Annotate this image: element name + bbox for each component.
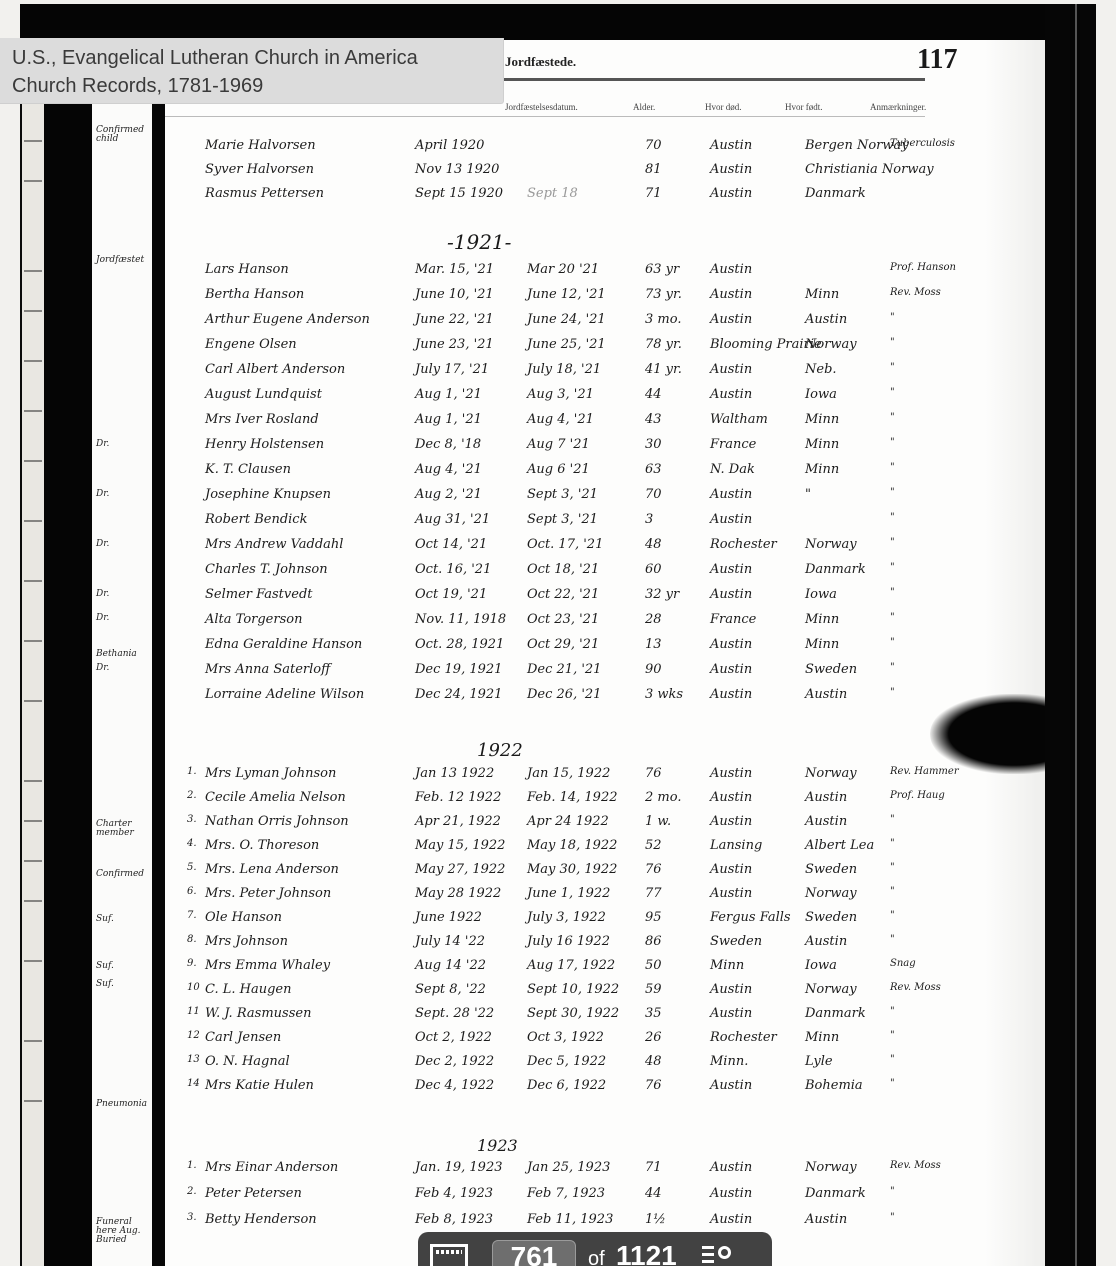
record-row: 2.Peter PetersenFeb 4, 1923Feb 7, 192344… — [165, 1184, 985, 1206]
margin-note: Suf. — [96, 980, 152, 989]
adjacent-page-strip — [22, 100, 44, 1266]
record-row: 14Mrs Katie HulenDec 4, 1922Dec 6, 19227… — [165, 1076, 985, 1098]
record-row: Engene OlsenJune 23, '21June 25, '2178 y… — [165, 335, 985, 357]
column-header: Alder. — [633, 102, 655, 112]
record-row: Josephine KnupsenAug 2, '21Sept 3, '2170… — [165, 485, 985, 507]
record-row: 4.Mrs. O. ThoresonMay 15, 1922May 18, 19… — [165, 836, 985, 858]
book-binding — [44, 4, 92, 1266]
total-pages: 1121 — [616, 1240, 677, 1266]
record-row: 12Carl JensenOct 2, 1922Oct 3, 192226Roc… — [165, 1028, 985, 1050]
record-row: Edna Geraldine HansonOct. 28, 1921Oct 29… — [165, 635, 985, 657]
record-row: Mrs Andrew VaddahlOct 14, '21Oct. 17, '2… — [165, 535, 985, 557]
record-row: Lars HansonMar. 15, '21Mar 20 '2163 yrAu… — [165, 260, 985, 282]
margin-note: Suf. — [96, 915, 152, 924]
record-row: Bertha HansonJune 10, '21June 12, '2173 … — [165, 285, 985, 307]
record-row: K. T. ClausenAug 4, '21Aug 6 '2163N. Dak… — [165, 460, 985, 482]
margin-note: Pneumonia — [96, 1100, 152, 1109]
record-row: 3.Nathan Orris JohnsonApr 21, 1922Apr 24… — [165, 812, 985, 834]
record-row: 9.Mrs Emma WhaleyAug 14 '22Aug 17, 19225… — [165, 956, 985, 978]
year-heading: 1922 — [477, 740, 523, 761]
page-number: 117 — [917, 44, 957, 76]
record-row: 2.Cecile Amelia NelsonFeb. 12 1922Feb. 1… — [165, 788, 985, 810]
margin-note: Dr. — [96, 540, 152, 549]
margin-note: Dr. — [96, 590, 152, 599]
column-header: Anmærkninger. — [870, 102, 926, 112]
page-of-label: of — [588, 1248, 605, 1266]
record-row: Syver HalvorsenNov 13 192081AustinChrist… — [165, 160, 985, 182]
record-image[interactable]: Confirmed child Jordfæstet Dr. Dr. Dr. D… — [20, 4, 1096, 1266]
column-header: Hvor død. — [705, 102, 742, 112]
record-row: 11W. J. RasmussenSept. 28 '22Sept 30, 19… — [165, 1004, 985, 1026]
record-row: Arthur Eugene AndersonJune 22, '21June 2… — [165, 310, 985, 332]
record-row: Marie HalvorsenApril 192070AustinBergen … — [165, 136, 985, 158]
margin-note: Confirmed child — [96, 126, 152, 144]
record-row: Henry HolstensenDec 8, '18Aug 7 '2130Fra… — [165, 435, 985, 457]
record-row: 1.Mrs Einar AndersonJan. 19, 1923Jan 25,… — [165, 1158, 985, 1180]
margin-note: Jordfæstet — [96, 256, 152, 265]
record-row: 10C. L. HaugenSept 8, '22Sept 10, 192259… — [165, 980, 985, 1002]
record-row: 5.Mrs. Lena AndersonMay 27, 1922May 30, … — [165, 860, 985, 882]
register-page: Jordfæstede. 117 Jordfæstelsesdatum. Ald… — [165, 40, 1045, 1266]
margin-note: Dr. — [96, 664, 152, 673]
page-navigation-toolbar: of 1121 — [418, 1232, 772, 1266]
margin-note: Bethania — [96, 650, 152, 659]
record-row: Charles T. JohnsonOct. 16, '21Oct 18, '2… — [165, 560, 985, 582]
year-heading: 1923 — [477, 1136, 518, 1155]
year-heading: -1921- — [447, 230, 511, 254]
collection-title-overlay: U.S., Evangelical Lutheran Church in Ame… — [0, 38, 504, 104]
margin-note: Funeral here Aug. Buried — [96, 1218, 152, 1245]
record-row: Lorraine Adeline WilsonDec 24, 1921Dec 2… — [165, 685, 985, 707]
index-list-icon[interactable] — [702, 1240, 736, 1266]
margin-note: Charter member — [96, 820, 152, 838]
margin-column: Confirmed child Jordfæstet Dr. Dr. Dr. D… — [92, 100, 152, 1266]
scan-right-frame — [1045, 4, 1096, 1266]
margin-rule — [152, 94, 165, 1266]
collection-title-line2: Church Records, 1781-1969 — [12, 72, 491, 100]
record-row: Mrs Iver RoslandAug 1, '21Aug 4, '2143Wa… — [165, 410, 985, 432]
filmstrip-icon[interactable] — [430, 1244, 468, 1266]
margin-note: Confirmed — [96, 870, 152, 879]
page-header: Jordfæstede. — [505, 54, 576, 70]
record-row: Rasmus PettersenSept 15 1920Sept 1871Aus… — [165, 184, 985, 206]
collection-title-line1: U.S., Evangelical Lutheran Church in Ame… — [12, 44, 491, 72]
margin-note: Dr. — [96, 440, 152, 449]
margin-note: Suf. — [96, 962, 152, 971]
margin-note: Dr. — [96, 614, 152, 623]
record-row: Carl Albert AndersonJuly 17, '21July 18,… — [165, 360, 985, 382]
record-row: 1.Mrs Lyman JohnsonJan 13 1922Jan 15, 19… — [165, 764, 985, 786]
image-viewer: Confirmed child Jordfæstet Dr. Dr. Dr. D… — [0, 0, 1116, 1266]
record-row: August LundquistAug 1, '21Aug 3, '2144Au… — [165, 385, 985, 407]
record-row: 13O. N. HagnalDec 2, 1922Dec 5, 192248Mi… — [165, 1052, 985, 1074]
record-row: Robert BendickAug 31, '21Sept 3, '213Aus… — [165, 510, 985, 532]
record-row: 7.Ole HansonJune 1922July 3, 192295Fergu… — [165, 908, 985, 930]
margin-note: Dr. — [96, 490, 152, 499]
record-row: 8.Mrs JohnsonJuly 14 '22July 16 192286Sw… — [165, 932, 985, 954]
scan-top-frame — [20, 4, 1096, 40]
record-row: 3.Betty HendersonFeb 8, 1923Feb 11, 1923… — [165, 1210, 985, 1232]
record-row: 6.Mrs. Peter JohnsonMay 28 1922June 1, 1… — [165, 884, 985, 906]
record-row: Alta TorgersonNov. 11, 1918Oct 23, '2128… — [165, 610, 985, 632]
page-number-input[interactable] — [492, 1240, 576, 1266]
column-header: Hvor født. — [785, 102, 823, 112]
record-row: Mrs Anna SaterloffDec 19, 1921Dec 21, '2… — [165, 660, 985, 682]
record-row: Selmer FastvedtOct 19, '21Oct 22, '2132 … — [165, 585, 985, 607]
column-header: Jordfæstelsesdatum. — [505, 102, 578, 112]
